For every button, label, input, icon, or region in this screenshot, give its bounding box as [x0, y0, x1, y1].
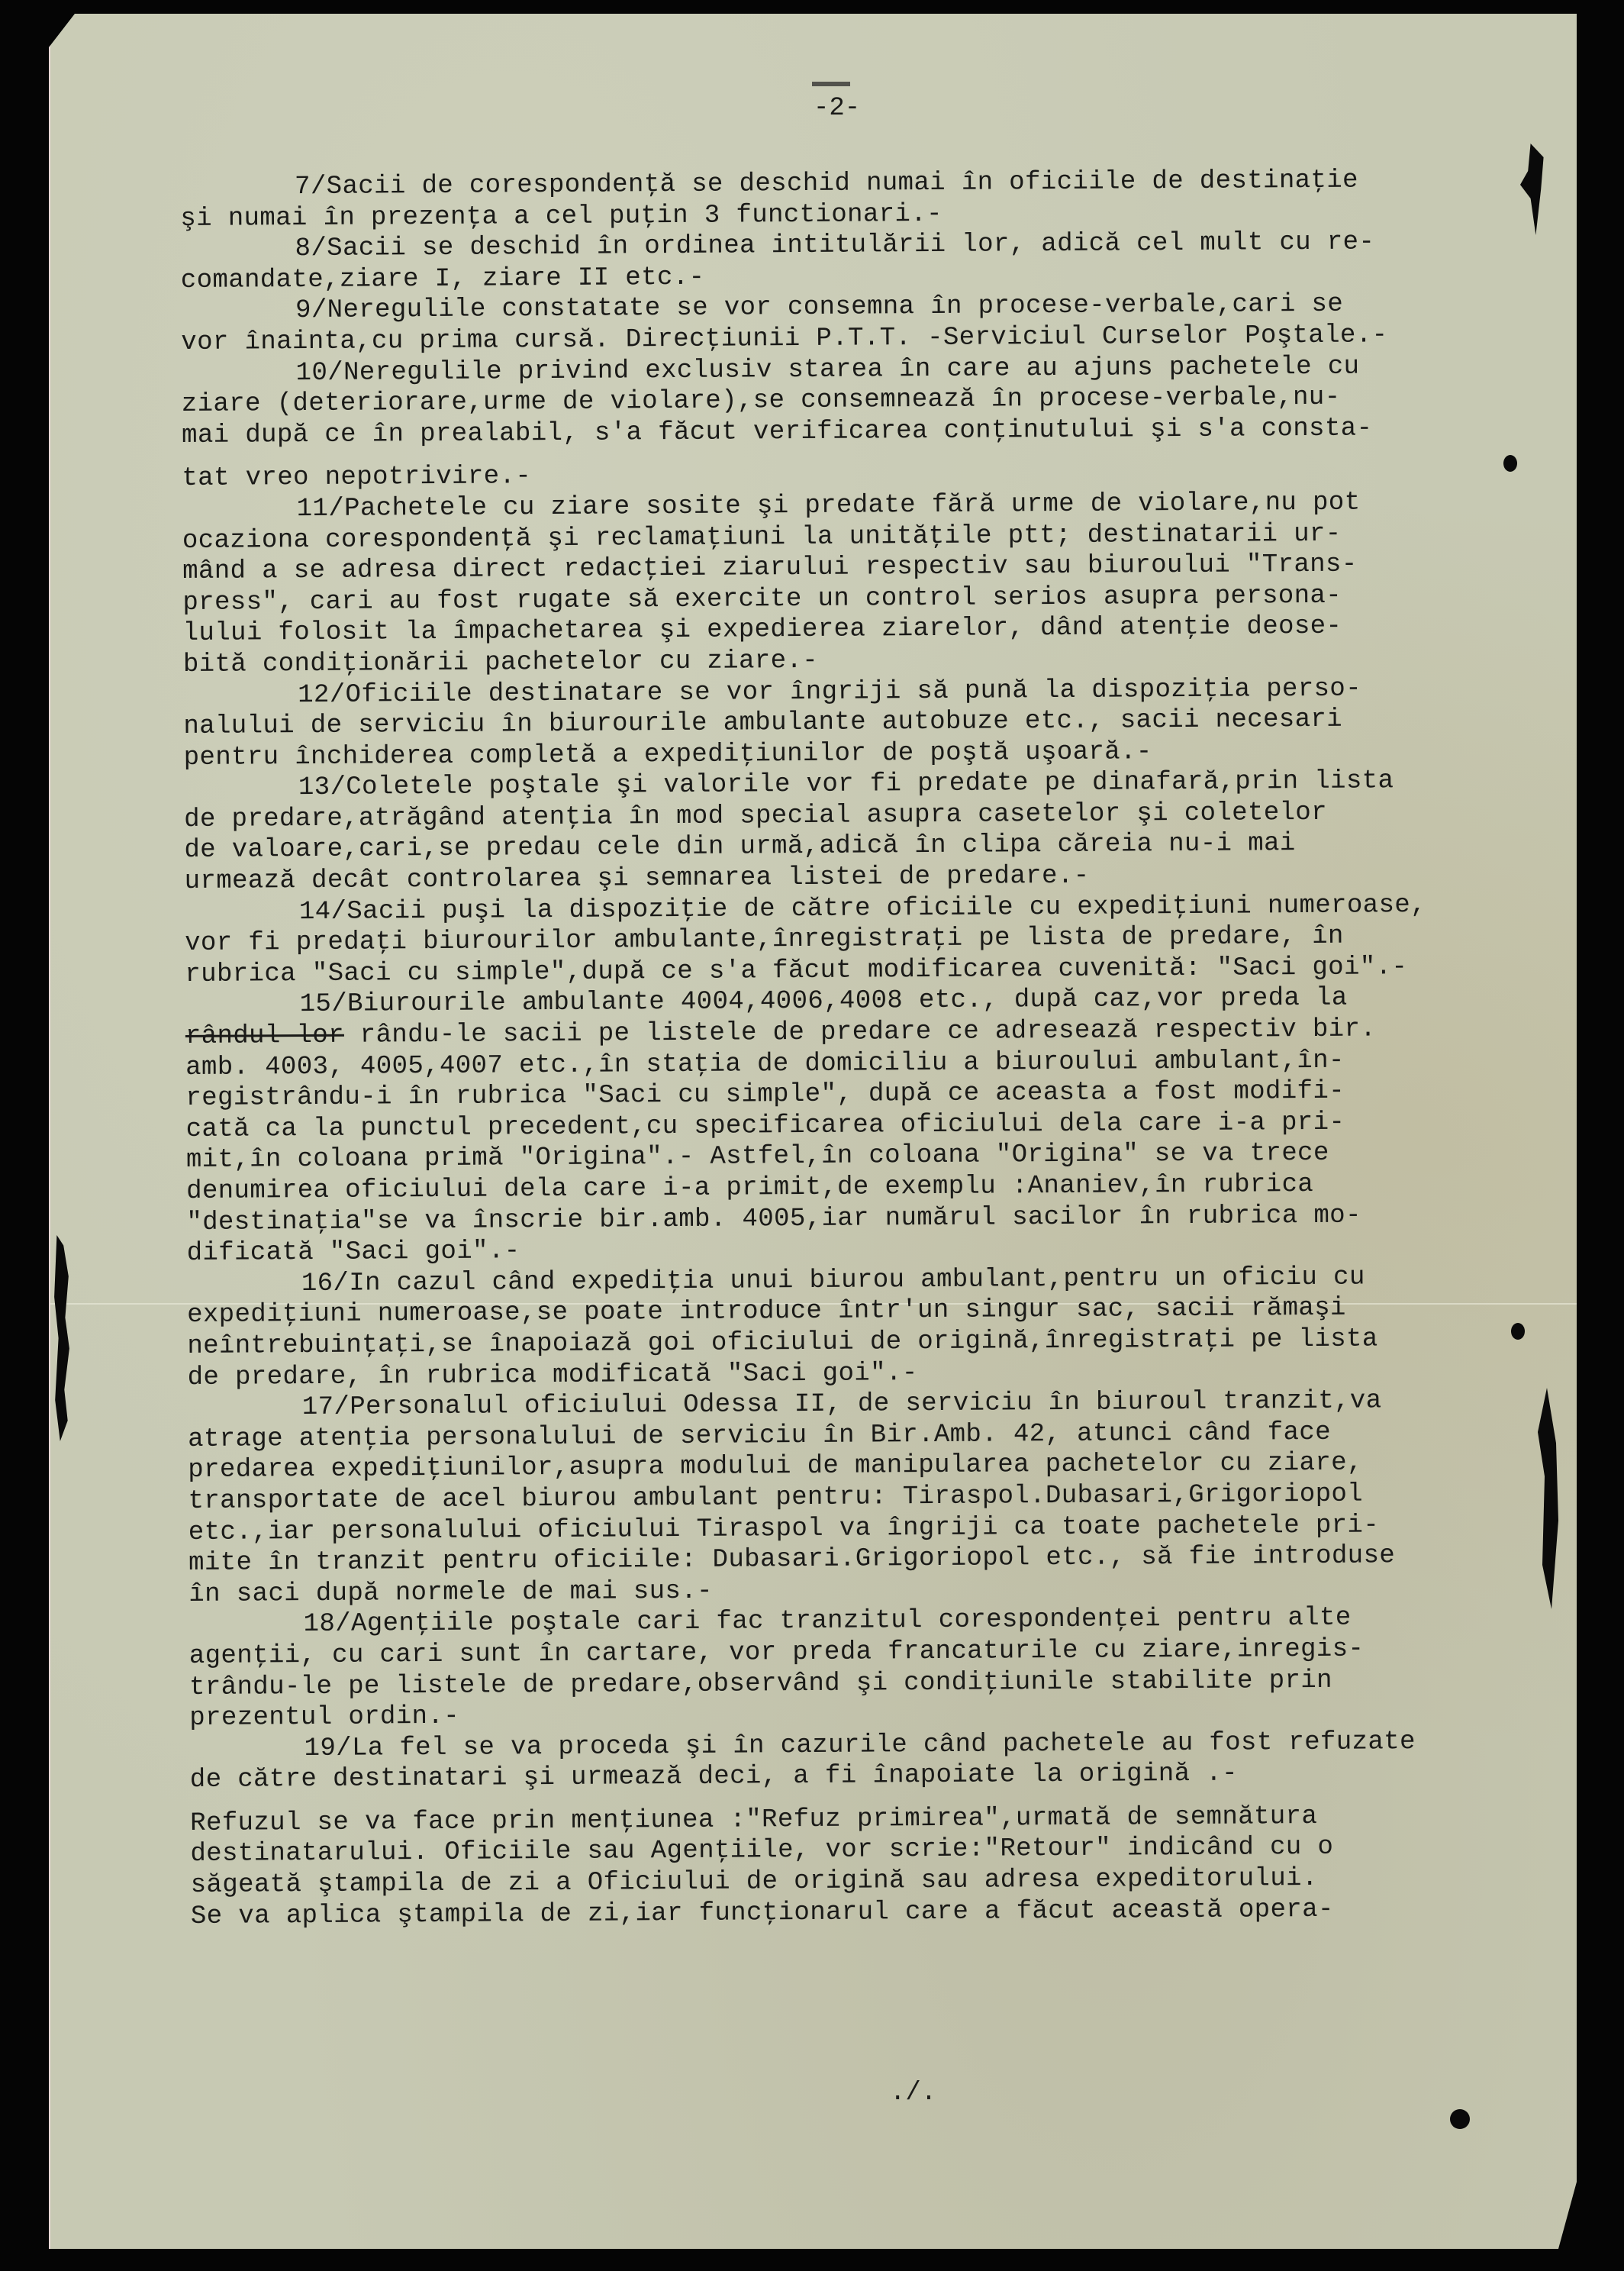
typewritten-body: 7/Sacii de corespondenţă se deschid numa…	[180, 164, 1564, 1932]
punch-hole	[1450, 2109, 1470, 2129]
continuation-mark: ./.	[890, 2079, 936, 2108]
struck-out-text: rândul lor	[185, 1021, 344, 1051]
paper-tear-left	[53, 1235, 70, 1441]
page-number-text: -2-	[814, 94, 860, 123]
page-number: -2-	[814, 94, 860, 123]
ink-smudge	[812, 82, 850, 86]
document-page: -2- 7/Sacii de corespondenţă se deschid …	[49, 14, 1577, 2249]
